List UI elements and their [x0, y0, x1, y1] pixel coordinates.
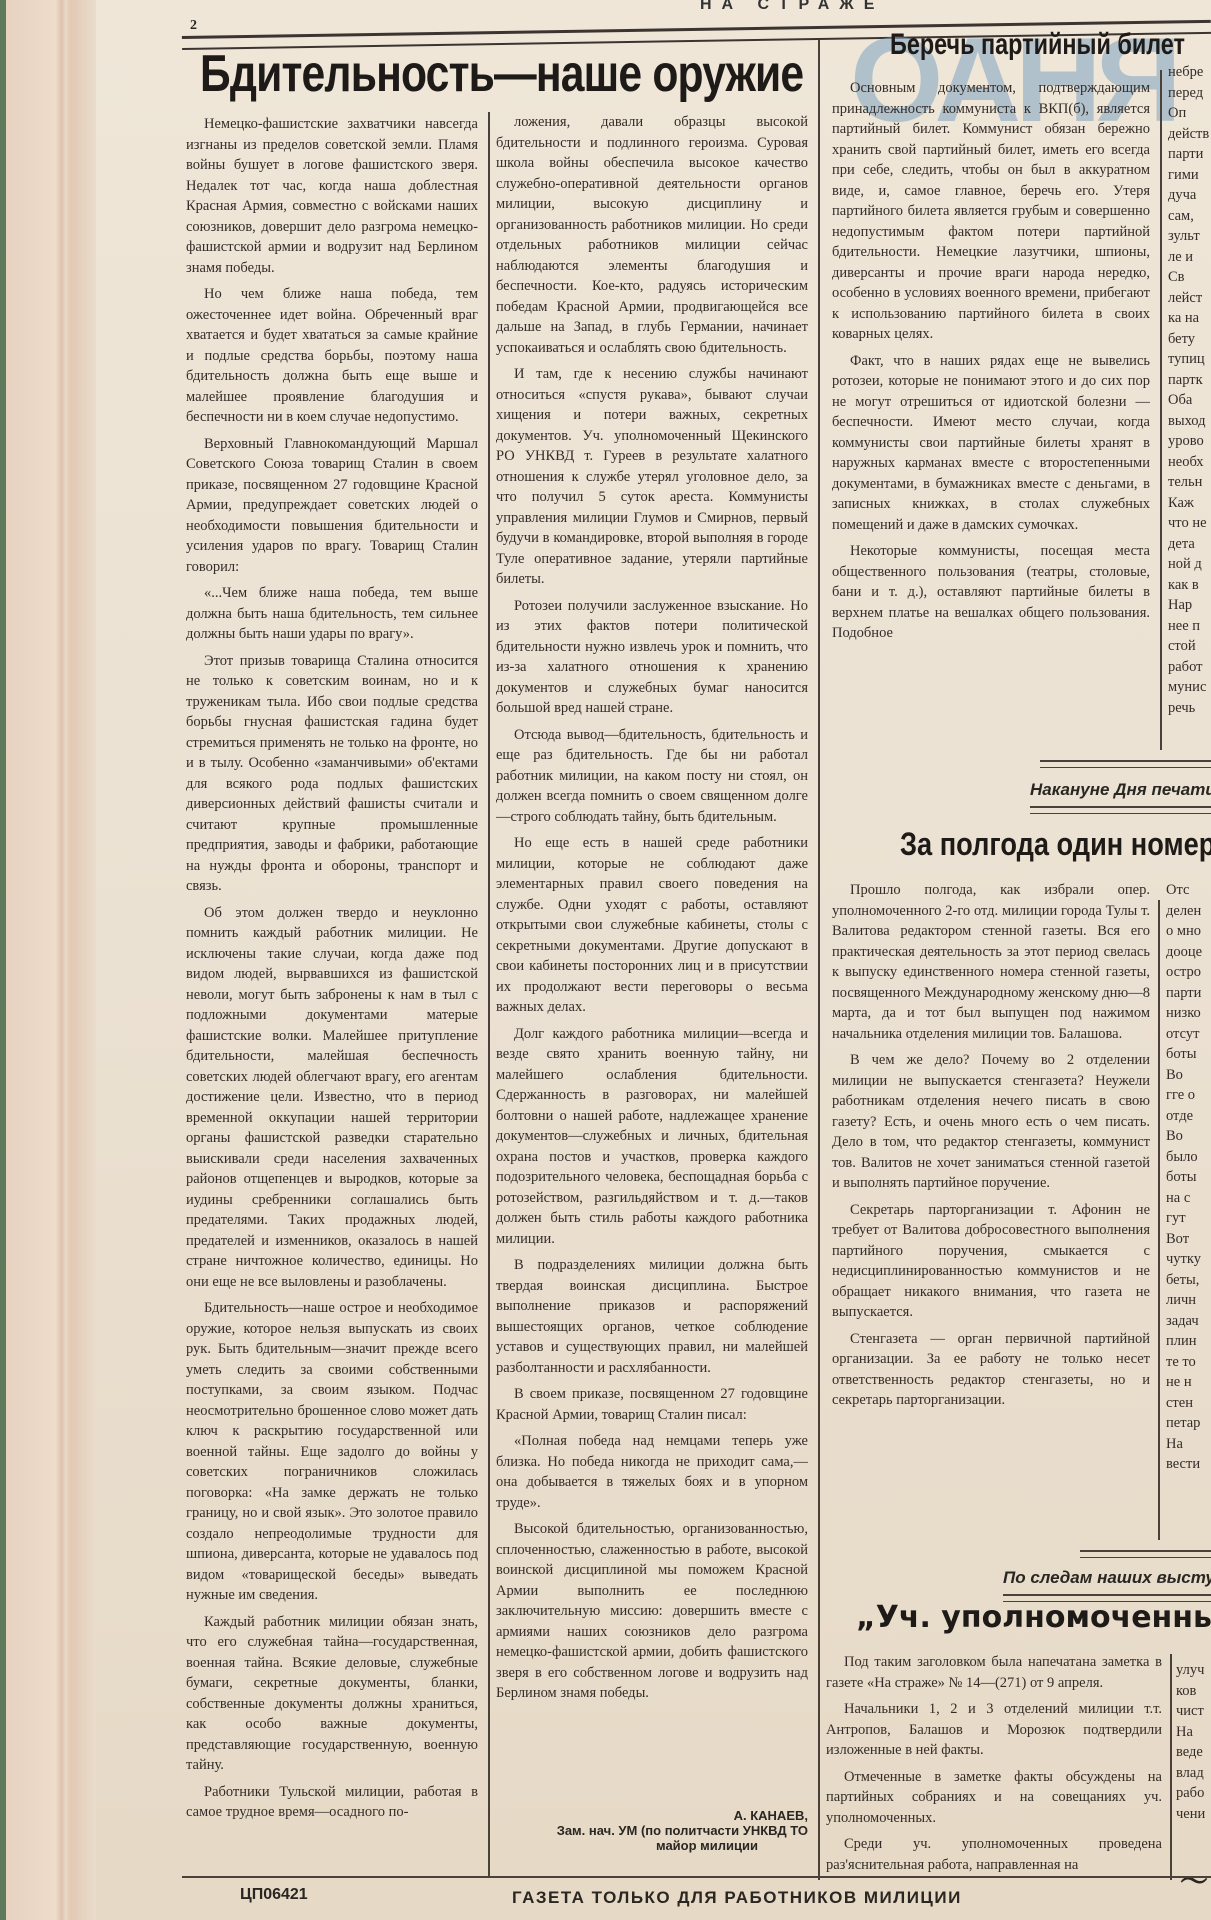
paragraph: Основным документом, подтверждающим прин…: [832, 78, 1150, 345]
text-fragment: остро: [1166, 962, 1211, 983]
text-fragment: не н: [1166, 1372, 1211, 1393]
paragraph: Долг каждого работника милиции—всегда и …: [496, 1024, 808, 1250]
text-fragment: парти: [1166, 983, 1211, 1004]
paragraph: Верховный Главнокомандующий Маршал Совет…: [186, 434, 478, 578]
text-fragment: чист: [1176, 1701, 1211, 1722]
column-divider: [488, 112, 490, 1877]
main-signature: А. КАНАЕВ, Зам. нач. УМ (по политчасти У…: [496, 1808, 808, 1853]
text-fragment: стен: [1166, 1393, 1211, 1414]
text-fragment: веде: [1176, 1742, 1211, 1763]
text-fragment: Каж: [1168, 493, 1211, 514]
text-fragment: парти: [1168, 144, 1211, 165]
text-fragment: дооце: [1166, 942, 1211, 963]
bottom-rule: [182, 1876, 1211, 1878]
text-fragment: чени: [1176, 1804, 1211, 1825]
rubric-rule: [1030, 806, 1211, 814]
text-fragment: гут: [1166, 1208, 1211, 1229]
text-fragment: перед: [1168, 83, 1211, 104]
text-fragment: на с: [1166, 1188, 1211, 1209]
partbilet-column-1: Основным документом, подтверждающим прин…: [832, 78, 1150, 758]
text-fragment: дета: [1168, 534, 1211, 555]
paragraph: Ротозеи получили заслуженное взыскание. …: [496, 596, 808, 719]
text-fragment: задач: [1166, 1311, 1211, 1332]
text-fragment: отде: [1166, 1106, 1211, 1127]
text-fragment: плин: [1166, 1331, 1211, 1352]
text-fragment: как в: [1168, 575, 1211, 596]
paragraph: Факт, что в наших рядах еще не вывелись …: [832, 351, 1150, 536]
text-fragment: работ: [1168, 657, 1211, 678]
text-fragment: те то: [1166, 1352, 1211, 1373]
text-fragment: делен: [1166, 901, 1211, 922]
paragraph: Некоторые коммунисты, посещая места обще…: [832, 541, 1150, 644]
wallpaper-column-1: Прошло полгода, как избрали опер. уполно…: [832, 880, 1150, 1540]
wallpaper-rubric: Накануне Дня печати: [1030, 780, 1211, 800]
footer-code: ЦП06421: [240, 1886, 308, 1904]
text-fragment: боты: [1166, 1167, 1211, 1188]
paragraph: В своем приказе, посвященном 27 годовщин…: [496, 1384, 808, 1425]
text-fragment: На: [1166, 1434, 1211, 1455]
text-fragment: вести: [1166, 1454, 1211, 1475]
paragraph: Но еще есть в нашей среде работники мили…: [496, 833, 808, 1018]
text-fragment: необх: [1168, 452, 1211, 473]
paragraph: Отмеченные в заметке факты обсуждены на …: [826, 1767, 1162, 1829]
signature-rank: майор милиции: [496, 1838, 808, 1853]
text-fragment: тупиц: [1168, 349, 1211, 370]
paragraph: Под таким заголовком была напечатана зам…: [826, 1652, 1162, 1693]
paragraph: Секретарь парторганизации т. Афонин не т…: [832, 1200, 1150, 1323]
text-fragment: речь: [1168, 698, 1211, 719]
paragraph: ложения, давали образцы высокой бдительн…: [496, 112, 808, 358]
text-fragment: действ: [1168, 124, 1211, 145]
paragraph: Начальники 1, 2 и 3 отделений милиции т.…: [826, 1699, 1162, 1761]
paragraph: В чем же дело? Почему во 2 отделении мил…: [832, 1050, 1150, 1194]
followup-column-2-fragment: улучковчистНаведевладрабочени: [1176, 1660, 1211, 1860]
text-fragment: ка на: [1168, 308, 1211, 329]
text-fragment: личн: [1166, 1290, 1211, 1311]
text-fragment: Св: [1168, 267, 1211, 288]
text-fragment: ле и: [1168, 247, 1211, 268]
text-fragment: бету: [1168, 329, 1211, 350]
page-fold-margin: [6, 0, 96, 1920]
paragraph: И там, где к несению службы начинают отн…: [496, 364, 808, 590]
column-divider: [818, 40, 820, 1880]
followup-rubric: По следам наших выступлений: [1003, 1568, 1211, 1588]
paragraph: Бдительность—наше острое и необходимое о…: [186, 1298, 478, 1606]
text-fragment: дуча: [1168, 185, 1211, 206]
text-fragment: боты: [1166, 1044, 1211, 1065]
followup-headline: „Уч. уполномоченные: [856, 1600, 1211, 1635]
paragraph: «Полная победа над немцами теперь уже бл…: [496, 1431, 808, 1513]
paragraph: Прошло полгода, как избрали опер. уполно…: [832, 880, 1150, 1044]
signature-name: А. КАНАЕВ,: [496, 1808, 808, 1823]
partbilet-headline: Беречь партийный билет: [890, 28, 1185, 62]
rubric-rule: [1080, 1550, 1211, 1558]
text-fragment: Оба: [1168, 390, 1211, 411]
text-fragment: Отс: [1166, 880, 1211, 901]
text-fragment: стой: [1168, 636, 1211, 657]
text-fragment: тельн: [1168, 472, 1211, 493]
paragraph: Каждый работник милиции обязан знать, чт…: [186, 1612, 478, 1776]
text-fragment: мунис: [1168, 677, 1211, 698]
paragraph: Высокой бдительностью, организованностью…: [496, 1519, 808, 1704]
main-article-column-1: Немецко-фашистские захватчики навсегда и…: [186, 114, 478, 1874]
text-fragment: Вот: [1166, 1229, 1211, 1250]
text-fragment: На: [1176, 1722, 1211, 1743]
text-fragment: зульт: [1168, 226, 1211, 247]
wallpaper-headline: За полгода один номер: [900, 826, 1211, 863]
text-fragment: влад: [1176, 1763, 1211, 1784]
text-fragment: петар: [1166, 1413, 1211, 1434]
text-fragment: Во: [1166, 1126, 1211, 1147]
signature-title: Зам. нач. УМ (по политчасти УНКВД ТО: [496, 1823, 808, 1838]
column-divider: [1170, 1654, 1172, 1880]
column-divider: [1160, 70, 1162, 750]
rubric-rule: [1040, 760, 1211, 768]
text-fragment: ков: [1176, 1681, 1211, 1702]
decorative-squiggle: 〜: [1180, 1860, 1208, 1900]
paragraph: Но чем ближе наша победа, тем ожесточенн…: [186, 284, 478, 428]
text-fragment: гими: [1168, 165, 1211, 186]
paragraph: «...Чем ближе наша победа, тем выше долж…: [186, 583, 478, 645]
text-fragment: лейст: [1168, 288, 1211, 309]
paragraph: Этот призыв товарища Сталина относится н…: [186, 651, 478, 897]
paragraph: Стенгазета — орган первичной партийной о…: [832, 1329, 1150, 1411]
paragraph: Среди уч. уполномоченных проведена раз'я…: [826, 1834, 1162, 1875]
paragraph: Работники Тульской милиции, работая в са…: [186, 1782, 478, 1823]
page-number: 2: [190, 18, 197, 34]
footer-slogan: ГАЗЕТА ТОЛЬКО ДЛЯ РАБОТНИКОВ МИЛИЦИИ: [512, 1888, 962, 1908]
main-article-column-2: ложения, давали образцы высокой бдительн…: [496, 112, 808, 1802]
text-fragment: выход: [1168, 411, 1211, 432]
text-fragment: Во: [1166, 1065, 1211, 1086]
paragraph: В подразделениях милиции должна быть тве…: [496, 1255, 808, 1378]
text-fragment: небре: [1168, 62, 1211, 83]
text-fragment: было: [1166, 1147, 1211, 1168]
text-fragment: рабо: [1176, 1783, 1211, 1804]
paragraph: Об этом должен твердо и неуклонно помнит…: [186, 903, 478, 1293]
text-fragment: отсут: [1166, 1024, 1211, 1045]
text-fragment: что не: [1168, 513, 1211, 534]
text-fragment: низко: [1166, 1003, 1211, 1024]
main-headline: Бдительность—наше оружие: [200, 44, 803, 104]
column-divider: [1158, 900, 1160, 1540]
text-fragment: о мно: [1166, 921, 1211, 942]
text-fragment: Нар: [1168, 595, 1211, 616]
followup-column-1: Под таким заголовком была напечатана зам…: [826, 1652, 1162, 1876]
text-fragment: беты,: [1166, 1270, 1211, 1291]
text-fragment: Оп: [1168, 103, 1211, 124]
text-fragment: партк: [1168, 370, 1211, 391]
partbilet-column-2-fragment: небрепередОпдействпартигимидучасам,зульт…: [1168, 62, 1211, 742]
text-fragment: гге о: [1166, 1085, 1211, 1106]
paragraph: Отсюда вывод—бдительность, бдительность …: [496, 725, 808, 828]
text-fragment: нее п: [1168, 616, 1211, 637]
text-fragment: улуч: [1176, 1660, 1211, 1681]
wallpaper-column-2-fragment: Отсделено мнодооцеостропартинизкоотсутбо…: [1166, 880, 1211, 1540]
masthead-fragment: НА СТРАЖЕ: [700, 0, 884, 14]
text-fragment: сам,: [1168, 206, 1211, 227]
text-fragment: чутку: [1166, 1249, 1211, 1270]
paragraph: Немецко-фашистские захватчики навсегда и…: [186, 114, 478, 278]
text-fragment: урово: [1168, 431, 1211, 452]
text-fragment: ной д: [1168, 554, 1211, 575]
